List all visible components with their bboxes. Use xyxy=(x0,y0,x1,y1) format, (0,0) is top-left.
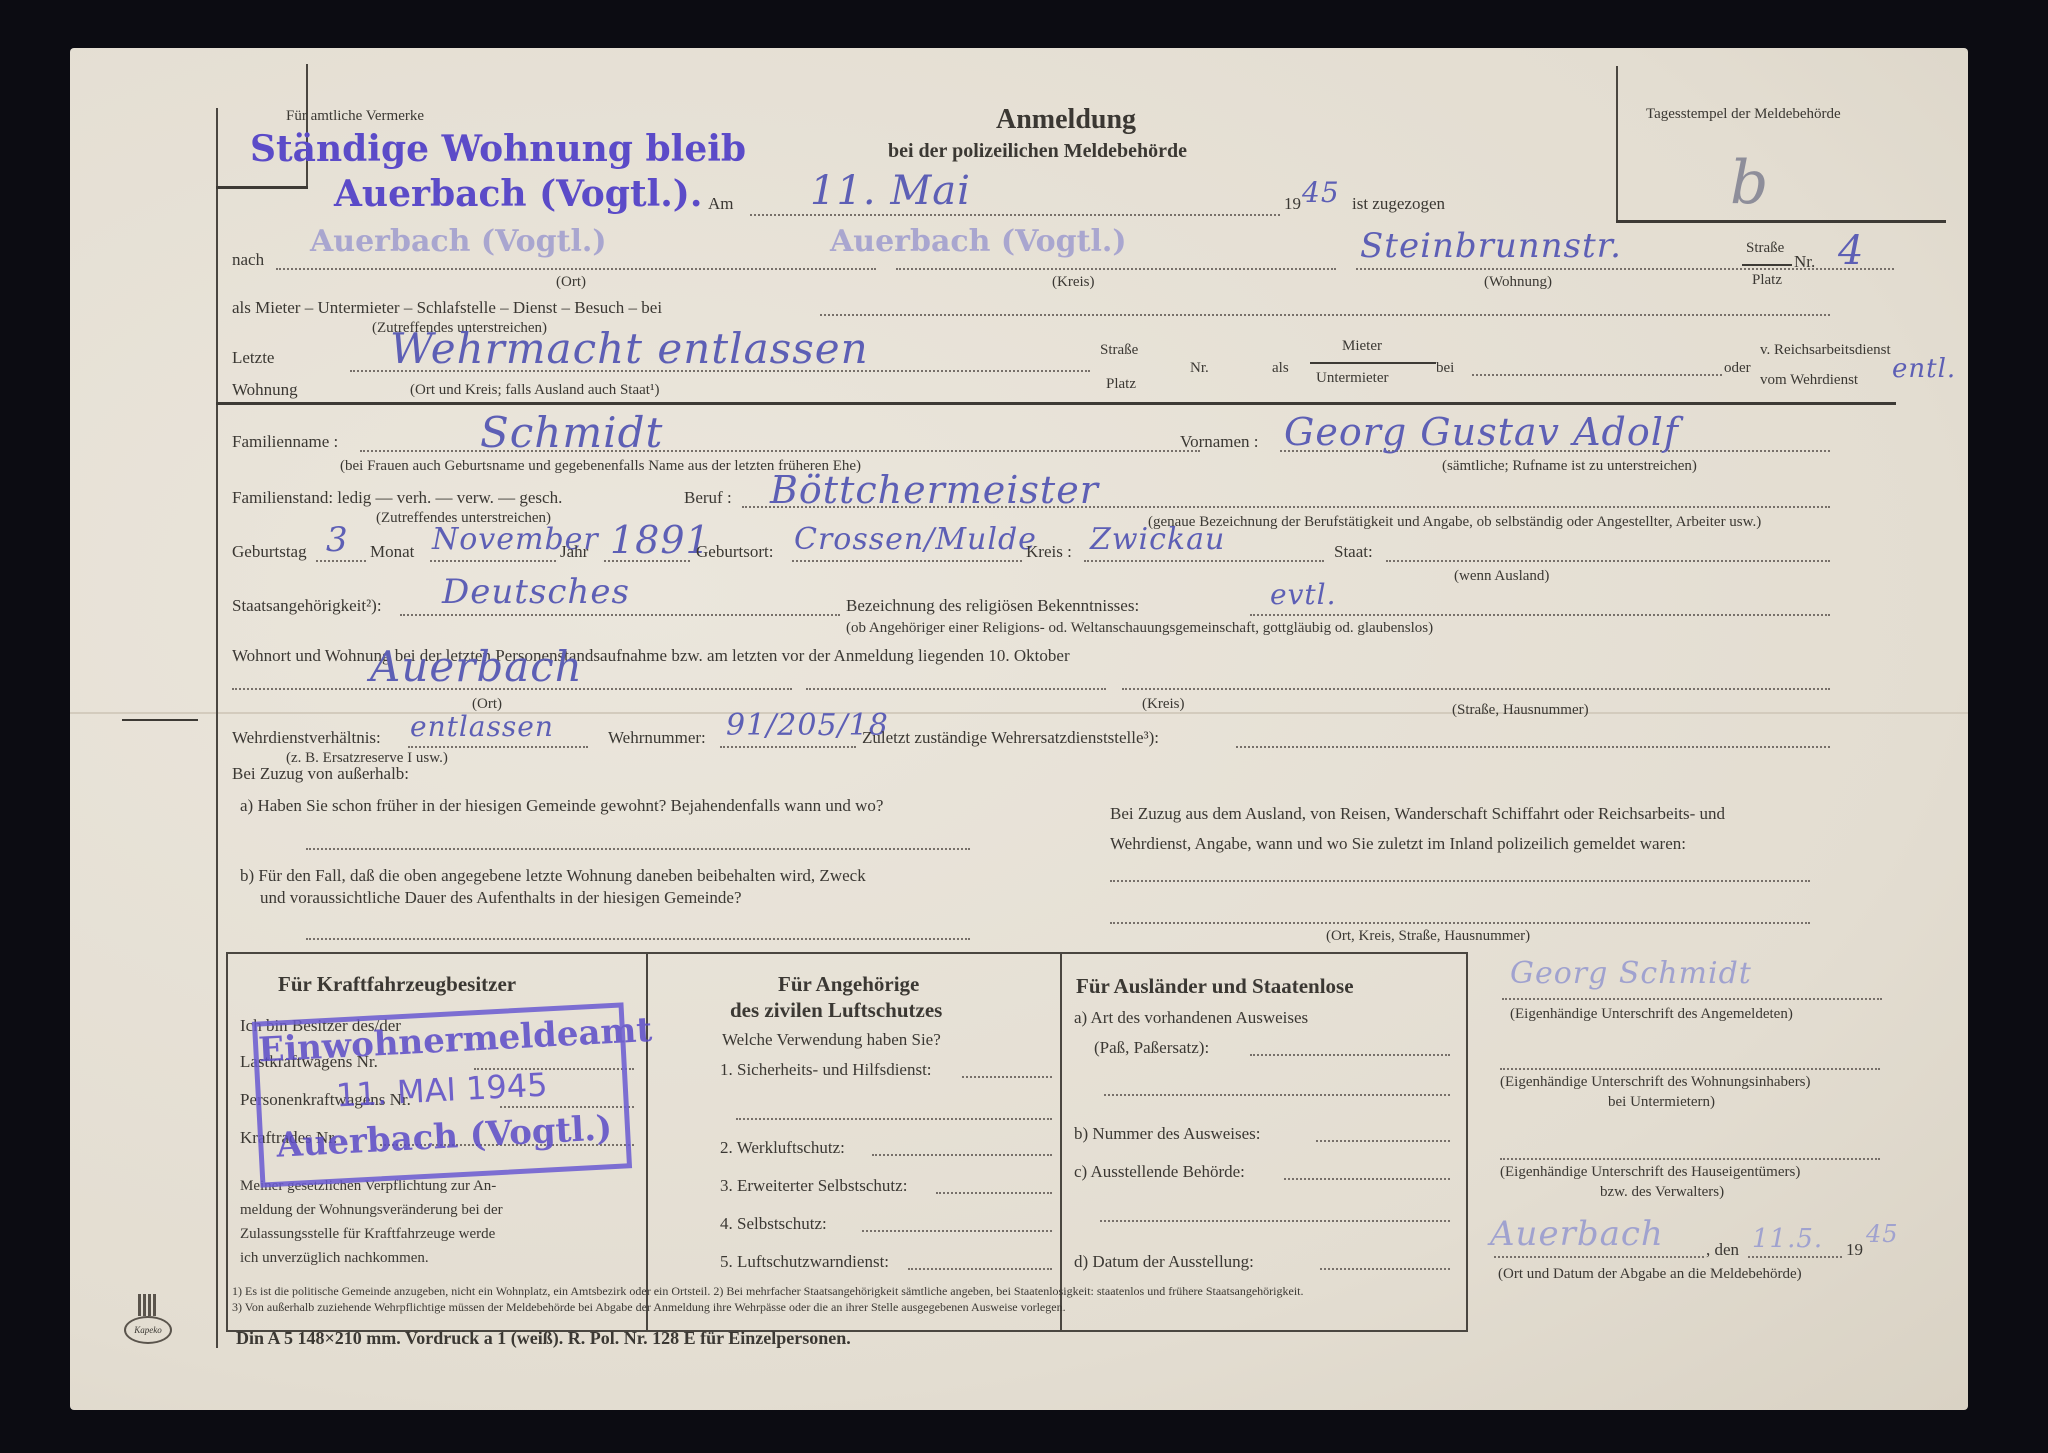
day-stamp-mark: b xyxy=(1730,148,1769,218)
birthplace-value[interactable]: Crossen/Mulde xyxy=(794,522,1037,557)
job-label: Beruf : xyxy=(684,488,732,508)
strasse-label: Straße xyxy=(1746,240,1784,257)
kreis-dotted-line xyxy=(896,268,1336,270)
air-raid-item-2: 2. Werkluftschutz: xyxy=(720,1138,845,1158)
foreigner-c-line-2 xyxy=(1100,1220,1450,1222)
question-b-1: b) Für den Fall, daß die oben angegebene… xyxy=(240,866,866,886)
landlord-caption-2: bzw. des Verwalters) xyxy=(1600,1184,1724,1201)
fold-margin-mark xyxy=(122,719,198,721)
military-office-line xyxy=(1236,746,1830,748)
rad-label: v. Reichsarbeitsdienst xyxy=(1760,342,1891,359)
military-number-label: Wehrnummer: xyxy=(608,728,706,748)
military-relation-value[interactable]: entlassen xyxy=(410,710,554,743)
stamp-city: Auerbach (Vogtl.) xyxy=(262,1107,626,1166)
firstnames-value[interactable]: Georg Gustav Adolf xyxy=(1284,410,1679,454)
nationality-label: Staatsangehörigkeit²): xyxy=(232,596,382,616)
nr-label: Nr. xyxy=(1794,252,1815,272)
staat-label: Staat: xyxy=(1334,542,1373,562)
last-strasse-label: Straße xyxy=(1100,342,1138,359)
external-heading: Bei Zuzug von außerhalb: xyxy=(232,764,409,784)
submission-date-line xyxy=(1748,1256,1842,1258)
untermieter-label: Untermieter xyxy=(1316,370,1388,387)
air-raid-title-1: Für Angehörige xyxy=(778,972,919,997)
day-stamp-box-rule xyxy=(1616,66,1618,222)
submission-year[interactable]: 45 xyxy=(1866,1220,1899,1248)
box-divider-2 xyxy=(1060,954,1062,1330)
question-a-line xyxy=(306,848,970,850)
official-notes-label: Für amtliche Vermerke xyxy=(286,108,424,125)
abroad-question-2: Wehrdienst, Angabe, wann und wo Sie zule… xyxy=(1110,834,1686,854)
foreigner-c: c) Ausstellende Behörde: xyxy=(1074,1162,1245,1182)
census-residence-label: Wohnort und Wohnung bei der letzten Pers… xyxy=(232,646,1070,666)
air-raid-line-5 xyxy=(908,1268,1052,1270)
vehicle-box-title: Für Kraftfahrzeugbesitzer xyxy=(278,972,516,997)
question-b-2: und voraussichtliche Dauer des Aufenthal… xyxy=(260,888,742,908)
registrant-signature[interactable]: Georg Schmidt xyxy=(1510,956,1752,991)
registration-office-stamp: Einwohnermeldeamt 11. MAI 1945 Auerbach … xyxy=(252,1002,632,1187)
birth-day-label: Geburtstag xyxy=(232,542,307,562)
foreigner-d-line xyxy=(1320,1268,1450,1270)
notes-box-bottom-rule xyxy=(216,186,308,189)
abroad-line-2 xyxy=(1110,922,1810,924)
census-street-caption: (Straße, Hausnummer) xyxy=(1452,702,1589,719)
foreigner-b-line xyxy=(1316,1140,1450,1142)
paper-fold xyxy=(70,712,1968,714)
air-raid-line-1 xyxy=(962,1076,1052,1078)
birth-month-label: Monat xyxy=(370,542,414,562)
question-b-line xyxy=(306,938,970,940)
foreigner-a-line xyxy=(1250,1054,1450,1056)
landlord-caption-1: (Eigenhändige Unterschrift des Hauseigen… xyxy=(1500,1164,1800,1181)
last-platz-label: Platz xyxy=(1106,376,1136,393)
permanent-residence-stamp-city: Auerbach (Vogtl.). xyxy=(334,173,702,215)
wohnung-dotted-line xyxy=(1356,268,1830,270)
bei-dotted-line xyxy=(1472,374,1722,376)
registrant-signature-line xyxy=(1502,998,1882,1000)
nationality-value[interactable]: Deutsches xyxy=(442,572,630,612)
footnote-1-2: 1) Es ist die politische Gemeinde anzuge… xyxy=(232,1284,1304,1299)
marital-status-options: Familienstand: ledig — verh. — verw. — g… xyxy=(232,488,562,508)
owner-caption-1: (Eigenhändige Unterschrift des Wohnungsi… xyxy=(1500,1074,1811,1091)
air-raid-item-3: 3. Erweiterter Selbstschutz: xyxy=(720,1176,907,1196)
foreigner-d: d) Datum der Ausstellung: xyxy=(1074,1252,1254,1272)
move-in-date[interactable]: 11. Mai xyxy=(810,168,971,214)
air-raid-item-1: 1. Sicherheits- und Hilfsdienst: xyxy=(720,1060,932,1080)
obligation-line-2: meldung der Wohnungsveränderung bei der xyxy=(240,1202,503,1219)
air-raid-question: Welche Verwendung haben Sie? xyxy=(722,1030,941,1050)
birthplace-label: Geburtsort: xyxy=(696,542,773,562)
military-relation-line xyxy=(408,746,588,748)
staat-line xyxy=(1386,560,1830,562)
section-divider xyxy=(216,402,1896,405)
tenancy-dotted-line xyxy=(820,314,1830,316)
form-info: Din A 5 148×210 mm. Vordruck a 1 (weiß).… xyxy=(236,1328,851,1349)
submission-place[interactable]: Auerbach xyxy=(1490,1214,1664,1254)
ort-dotted-line xyxy=(276,268,876,270)
moved-in-label: ist zugezogen xyxy=(1352,194,1445,214)
wohnung-value[interactable]: Steinbrunnstr. xyxy=(1360,226,1622,266)
air-raid-item-4: 4. Selbstschutz: xyxy=(720,1214,827,1234)
birth-month-line xyxy=(430,560,556,562)
registrant-caption: (Eigenhändige Unterschrift des Angemelde… xyxy=(1510,1006,1793,1023)
census-kreis-caption: (Kreis) xyxy=(1142,696,1184,713)
date-dotted-line xyxy=(750,214,1280,216)
job-caption: (genaue Bezeichnung der Berufstätigkeit … xyxy=(1148,514,1761,531)
mieter-label: Mieter xyxy=(1342,338,1382,355)
birth-kreis-label: Kreis : xyxy=(1026,542,1072,562)
printer-logo-text: Kapeko xyxy=(124,1316,172,1344)
religion-caption: (ob Angehöriger einer Religions- od. Wel… xyxy=(846,620,1433,637)
als-label: als xyxy=(1272,360,1289,377)
submission-date[interactable]: 11.5. xyxy=(1752,1224,1823,1254)
wehrdienst-value[interactable]: entl. xyxy=(1892,354,1956,384)
am-label: Am xyxy=(708,194,734,214)
last-residence-value[interactable]: Wehrmacht entlassen xyxy=(390,324,869,373)
birth-kreis-line xyxy=(1084,560,1324,562)
year-prefix: 19 xyxy=(1284,194,1301,214)
religion-line xyxy=(1250,614,1830,616)
birth-day-line xyxy=(316,560,366,562)
last-nr-label: Nr. xyxy=(1190,360,1209,377)
ort-caption: (Ort) xyxy=(556,274,586,291)
move-in-year[interactable]: 45 xyxy=(1302,176,1340,209)
surname-value[interactable]: Schmidt xyxy=(480,408,663,457)
wehrdienst-label: vom Wehrdienst xyxy=(1760,372,1858,389)
nationality-line xyxy=(400,614,840,616)
den-label: , den xyxy=(1706,1240,1739,1260)
obligation-line-4: ich unverzüglich nachkommen. xyxy=(240,1250,429,1267)
place-line xyxy=(1494,1256,1704,1258)
air-raid-line-3 xyxy=(936,1192,1052,1194)
place-date-caption: (Ort und Datum der Abgabe an die Meldebe… xyxy=(1498,1266,1802,1283)
obligation-line-3: Zulassungsstelle für Kraftfahrzeuge werd… xyxy=(240,1226,495,1243)
owner-signature-line xyxy=(1500,1068,1880,1070)
house-number[interactable]: 4 xyxy=(1838,228,1864,274)
air-raid-line-4 xyxy=(862,1230,1052,1232)
submission-year-prefix: 19 xyxy=(1846,1240,1863,1260)
firstnames-caption: (sämtliche; Rufname ist zu unterstreiche… xyxy=(1442,458,1697,475)
abroad-line-1 xyxy=(1110,880,1810,882)
owner-caption-2: bei Untermietern) xyxy=(1608,1094,1715,1111)
census-ort-value[interactable]: Auerbach xyxy=(370,642,583,691)
abroad-caption: (Ort, Kreis, Straße, Hausnummer) xyxy=(1326,928,1530,945)
ort-stamp: Auerbach (Vogtl.) xyxy=(310,224,607,259)
wohnung-caption: (Wohnung) xyxy=(1484,274,1552,291)
birth-year-label: Jahr xyxy=(560,542,588,562)
foreigner-b: b) Nummer des Ausweises: xyxy=(1074,1124,1261,1144)
air-raid-item-5: 5. Luftschutzwarndienst: xyxy=(720,1252,889,1272)
job-value[interactable]: Böttchermeister xyxy=(770,468,1099,512)
tenancy-options: als Mieter – Untermieter – Schlafstelle … xyxy=(232,298,662,318)
printer-logo: Kapeko xyxy=(124,1294,172,1346)
platz-label: Platz xyxy=(1752,272,1782,289)
religion-value[interactable]: evtl. xyxy=(1270,578,1337,611)
kreis-stamp: Auerbach (Vogtl.) xyxy=(830,224,1127,259)
foreigner-a-line-2 xyxy=(1104,1094,1450,1096)
permanent-residence-stamp: Ständige Wohnung bleib xyxy=(250,128,746,170)
question-a: a) Haben Sie schon früher in der hiesige… xyxy=(240,796,883,816)
staat-caption: (wenn Ausland) xyxy=(1454,568,1549,585)
abroad-question-1: Bei Zuzug aus dem Ausland, von Reisen, W… xyxy=(1110,804,1725,824)
kreis-caption: (Kreis) xyxy=(1052,274,1094,291)
left-margin-rule xyxy=(216,108,218,1348)
form-subtitle: bei der polizeilichen Meldebehörde xyxy=(888,140,1187,163)
air-raid-line-1b xyxy=(736,1118,1052,1120)
nach-label: nach xyxy=(232,250,264,270)
foreigner-a-2: (Paß, Paßersatz): xyxy=(1094,1038,1209,1058)
footnote-3: 3) Von außerhalb zuziehende Wehrpflichti… xyxy=(232,1300,1066,1315)
last-residence-label-1: Letzte xyxy=(232,348,274,368)
foreigner-box-title: Für Ausländer und Staatenlose xyxy=(1076,974,1354,999)
birthplace-line xyxy=(792,560,1022,562)
surname-label: Familienname : xyxy=(232,432,338,452)
birth-day-value[interactable]: 3 xyxy=(326,520,349,560)
mieter-rule xyxy=(1310,362,1436,364)
military-relation-label: Wehrdienstverhältnis: xyxy=(232,728,381,748)
religion-label: Bezeichnung des religiösen Bekenntnisses… xyxy=(846,596,1139,616)
stamp-office-name: Einwohnermeldeamt xyxy=(257,1012,621,1071)
landlord-signature-line xyxy=(1500,1158,1880,1160)
foreigner-a-1: a) Art des vorhandenen Ausweises xyxy=(1074,1008,1308,1028)
form-title: Anmeldung xyxy=(996,104,1136,136)
census-street-line xyxy=(1122,688,1830,690)
day-stamp-box-bottom xyxy=(1616,220,1946,223)
registration-form-paper: Für amtliche Vermerke Ständige Wohnung b… xyxy=(70,48,1968,1410)
strasse-platz-rule xyxy=(1742,264,1792,266)
last-residence-caption: (Ort und Kreis; falls Ausland auch Staat… xyxy=(410,382,659,399)
air-raid-title-2: des zivilen Luftschutzes xyxy=(730,998,942,1023)
military-office-label: Zuletzt zuständige Wehrersatzdienststell… xyxy=(862,728,1159,748)
day-stamp-label: Tagesstempel der Meldebehörde xyxy=(1646,106,1841,123)
factory-icon xyxy=(138,1294,158,1316)
oder-label: oder xyxy=(1724,360,1751,377)
foreigner-c-line xyxy=(1284,1178,1450,1180)
firstnames-label: Vornamen : xyxy=(1180,432,1259,452)
last-residence-label-2: Wohnung xyxy=(232,380,298,400)
birth-kreis-value[interactable]: Zwickau xyxy=(1090,522,1225,557)
military-number-line xyxy=(720,746,856,748)
census-kreis-line xyxy=(806,688,1106,690)
air-raid-line-2 xyxy=(872,1154,1052,1156)
bei-label: bei xyxy=(1436,360,1454,377)
